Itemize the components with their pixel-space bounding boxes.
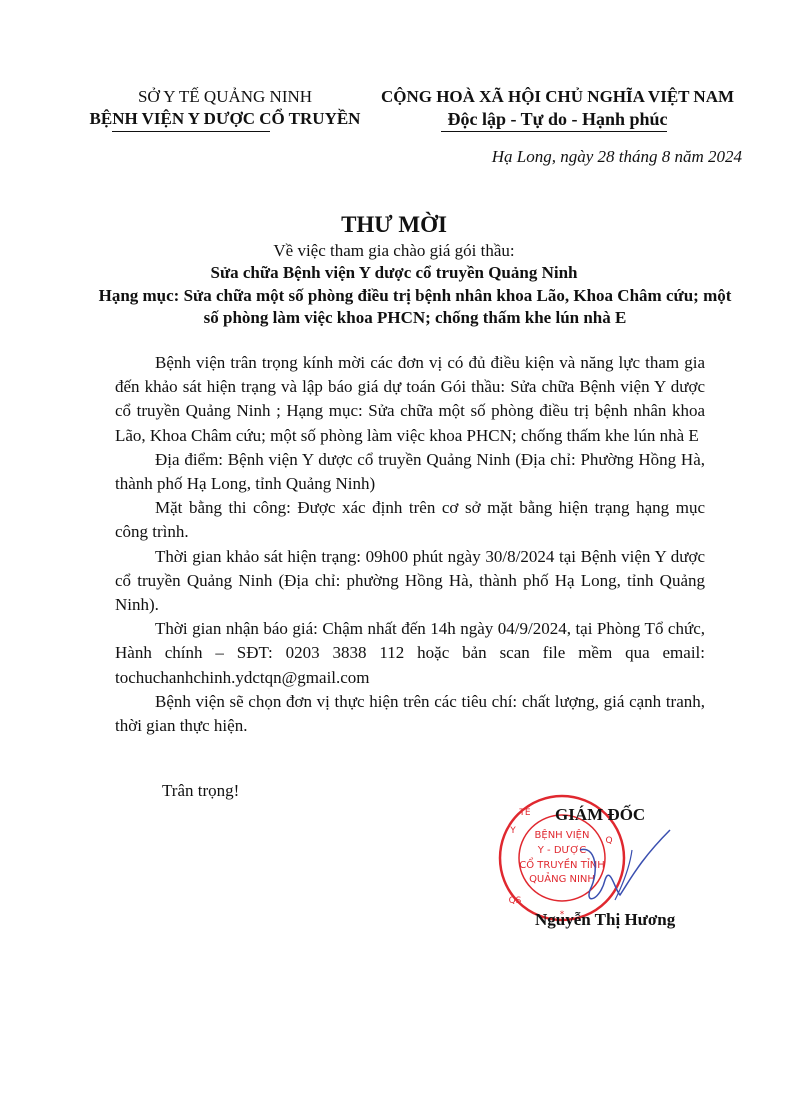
motto-underline — [441, 131, 667, 132]
signer-name: Nguyễn Thị Hương — [535, 910, 675, 930]
paragraph-invitation: Bệnh viện trân trọng kính mời các đơn vị… — [115, 351, 705, 448]
document-title: THƯ MỜI — [0, 212, 788, 238]
issuer-block: SỞ Y TẾ QUẢNG NINH BỆNH VIỆN Y DƯỢC CỔ T… — [70, 86, 380, 130]
handwritten-signature-icon — [570, 820, 680, 920]
department-name: SỞ Y TẾ QUẢNG NINH — [70, 86, 380, 108]
document-subject: Về việc tham gia chào giá gói thầu: — [0, 240, 788, 261]
paragraph-site: Mặt bằng thi công: Được xác định trên cơ… — [115, 496, 705, 544]
letter-body: Bệnh viện trân trọng kính mời các đơn vị… — [115, 351, 705, 738]
svg-text:TẾ: TẾ — [518, 806, 530, 818]
paragraph-location: Địa điểm: Bệnh viện Y dược cổ truyền Quả… — [115, 448, 705, 496]
paragraph-criteria: Bệnh viện sẽ chọn đơn vị thực hiện trên … — [115, 690, 705, 738]
package-name: Sửa chữa Bệnh viện Y dược cổ truyền Quản… — [0, 262, 788, 283]
motto: Độc lập - Tự do - Hạnh phúc — [365, 108, 750, 130]
document-date: Hạ Long, ngày 28 tháng 8 năm 2024 — [492, 147, 742, 167]
svg-text:QS: QS — [509, 896, 522, 906]
paragraph-survey-time: Thời gian khảo sát hiện trạng: 09h00 phú… — [115, 545, 705, 618]
issuer-underline — [112, 131, 270, 132]
closing-phrase: Trân trọng! — [162, 781, 239, 801]
national-motto-block: CỘNG HOÀ XÃ HỘI CHỦ NGHĨA VIỆT NAM Độc l… — [365, 86, 750, 130]
hospital-name: BỆNH VIỆN Y DƯỢC CỔ TRUYỀN — [70, 108, 380, 130]
work-item: Hạng mục: Sửa chữa một số phòng điều trị… — [95, 285, 735, 329]
svg-text:Y: Y — [509, 826, 516, 836]
country-name: CỘNG HOÀ XÃ HỘI CHỦ NGHĨA VIỆT NAM — [365, 86, 750, 108]
paragraph-quote-deadline: Thời gian nhận báo giá: Chậm nhất đến 14… — [115, 617, 705, 690]
